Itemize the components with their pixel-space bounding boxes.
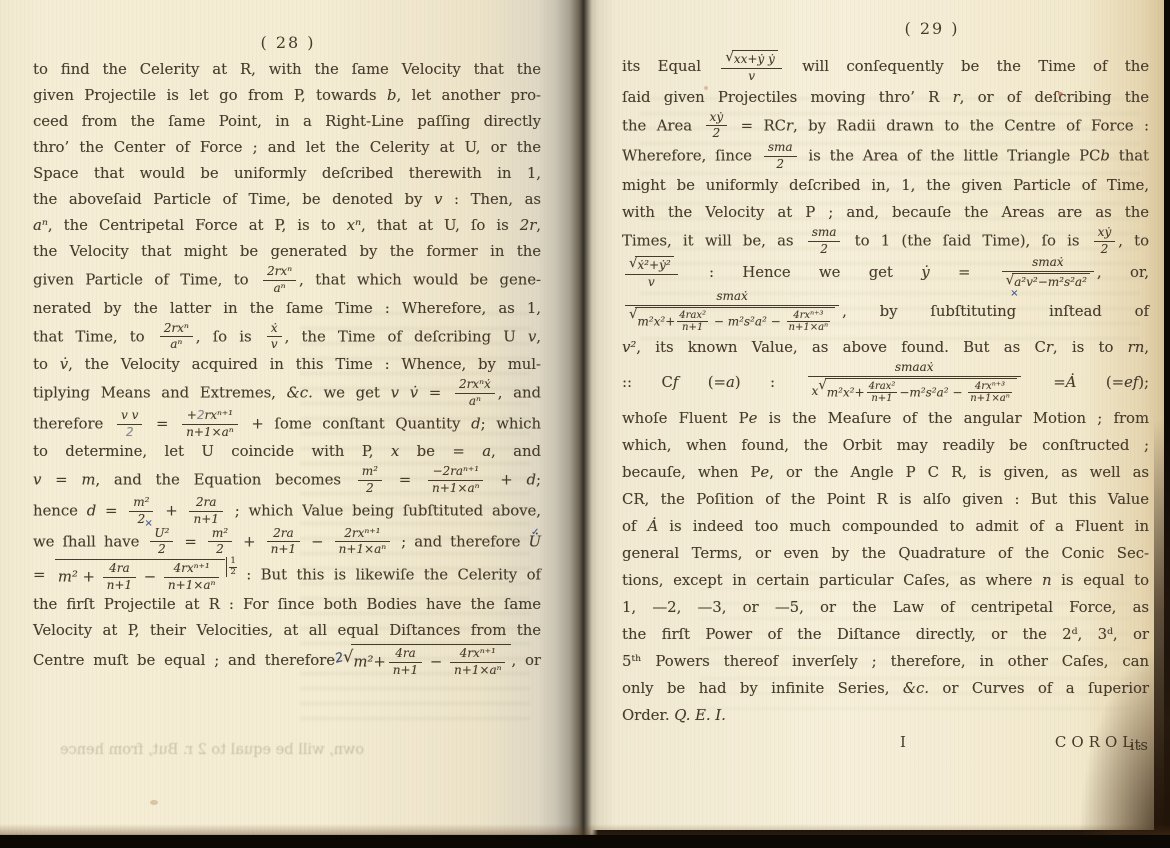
text-line: the Velocity that might be generated by …: [33, 239, 541, 265]
fraction-denominator: n+1×aⁿ: [450, 662, 506, 678]
math-run: d: [527, 472, 536, 489]
text-run: , and: [498, 384, 541, 401]
text-run: will conſequently be the Time of the: [785, 58, 1149, 75]
math-run: Ȧ: [648, 518, 659, 535]
text-run: , that at U, ſo is: [361, 217, 520, 234]
math-run: n+1×aⁿ: [339, 542, 387, 556]
fraction-denominator: 2: [1094, 241, 1116, 257]
text-run: −: [767, 314, 785, 328]
text-run: , and the Equation becomes: [95, 472, 354, 489]
text-line: CR, the Poſition of the Point R is alſo …: [622, 486, 1149, 513]
text-line: ceed from the ſame Point, in a Right-Lin…: [33, 109, 541, 135]
fraction-numerator: 2rxⁿ⁺¹: [335, 527, 391, 542]
math-run: n+1: [193, 512, 218, 526]
math-run: a: [482, 443, 491, 460]
radical: √m²+4ran+1 − 4rxⁿ⁺¹n+1×aⁿ: [343, 644, 511, 678]
math-run: 4ra: [109, 561, 130, 575]
text-line: = m² + 4ran+1 − 4rxⁿ⁺¹n+1×aⁿ12 : But thi…: [33, 557, 541, 592]
fraction: +2rxⁿ⁺¹n+1×aⁿ: [182, 409, 238, 440]
text-run: , by ſubſtituting inſtead of: [842, 303, 1149, 320]
text-run: be =: [399, 443, 482, 460]
right-text-block: its Equal √xx+ẏ ẏv will conſequently be …: [622, 50, 1149, 729]
fraction: 2ran+1: [267, 527, 300, 558]
fraction: sma2: [808, 226, 841, 257]
math-run: m²x²: [827, 385, 855, 399]
radical-body: ẋ²+ẏ²: [635, 256, 673, 273]
math-run: m²: [212, 526, 228, 540]
fraction: 4rxⁿ⁺¹n+1×aⁿ: [450, 647, 506, 678]
math-run: n: [1042, 572, 1052, 589]
text-run: Space that would be uniformly deſcribed …: [33, 165, 541, 182]
text-run: might be uniformly deſcribed in, 1, the …: [622, 177, 1149, 194]
text-line: therefore v v2 = +2rxⁿ⁺¹n+1×aⁿ + ſome co…: [33, 409, 541, 440]
math-run: m: [81, 472, 95, 489]
fraction: 4ran+1: [389, 647, 422, 678]
text-run: , let another pro-: [396, 87, 541, 104]
fraction-denominator: 2: [706, 125, 728, 141]
math-run: U²: [154, 526, 169, 540]
math-run: b: [1100, 147, 1109, 164]
text-run: to find the Celerity at R, with the ſame…: [33, 61, 541, 78]
text-line: nerated by the latter in the ſame Time :…: [33, 296, 541, 322]
text-run: +: [855, 385, 865, 399]
text-run: −: [949, 385, 967, 399]
text-run: tions, except in certain particular Caſe…: [622, 572, 1042, 589]
text-run: tiplying Means and Extremes,: [33, 384, 287, 401]
math-run: 4rxⁿ⁺³: [793, 310, 823, 321]
text-run: Times, it will be, as: [622, 232, 805, 249]
math-run: n+1: [682, 322, 703, 333]
text-run: , the Time of deſcribing U: [285, 328, 528, 345]
math-run: 4rxⁿ⁺³: [975, 381, 1005, 392]
text-line: thro’ the Center of Force ; and let the …: [33, 135, 541, 161]
text-run: ceed from the ſame Point, in a Right-Lin…: [33, 113, 541, 130]
text-run: =: [1024, 374, 1066, 391]
text-run: the Area: [622, 117, 703, 134]
fraction: smaaẋx√m²x²+4rax²n+1−m²s²a² − 4rxⁿ⁺³n+1×…: [808, 361, 1021, 405]
text-run: +: [78, 568, 100, 585]
text-run: ,: [1144, 339, 1149, 356]
math-run: n+1×aⁿ: [970, 393, 1010, 404]
text-line: Centre muſt be equal ; and therefore2√m²…: [33, 644, 541, 678]
fraction-numerator: √xx+ẏ ẏ: [721, 50, 781, 68]
fraction: 2rxⁿẋaⁿ: [455, 378, 495, 409]
math-run: e: [749, 410, 758, 427]
radical-body: xx+ẏ ẏ: [732, 50, 778, 67]
math-run: ẋ²+ẏ²: [637, 258, 670, 272]
text-run: only be had by infinite Series,: [622, 680, 903, 697]
math-run: 4rxⁿ⁺¹: [460, 646, 496, 660]
math-run: 4rax²: [679, 310, 706, 321]
text-run: , and: [491, 443, 541, 460]
math-run: 2: [366, 481, 374, 495]
text-run: +: [156, 502, 186, 519]
radical: √a²×v²−m²s²a²: [1006, 273, 1090, 290]
text-line: smaẋ√m²x²+4rax²n+1 − m²s²a² − 4rxⁿ⁺³n+1×…: [622, 290, 1149, 334]
text-run: , or,: [1097, 264, 1149, 281]
text-line: 1, —2, —3, or —5, or the Law of centripe…: [622, 594, 1149, 621]
fraction-numerator: sma: [808, 226, 841, 241]
text-run: ) :: [735, 374, 805, 391]
fraction: 4rxⁿ⁺³n+1×aⁿ: [968, 381, 1012, 405]
text-line: given Particle of Time, to 2rxⁿaⁿ, that …: [33, 265, 541, 296]
math-run: a: [726, 374, 735, 391]
text-line: of Ȧ is indeed too much compounded to ad…: [622, 513, 1149, 540]
math-run: v v: [121, 408, 138, 422]
math-run: d: [471, 415, 480, 432]
math-run: v: [648, 275, 655, 289]
text-run: the firſt Power of the Diſtance directly…: [622, 626, 1149, 643]
text-run: =: [418, 384, 452, 401]
text-line: tiplying Means and Extremes, &c. we get …: [33, 378, 541, 409]
text-line: v = m, and the Equation becomes m²2 = −2…: [33, 465, 541, 496]
fraction-numerator: +2rxⁿ⁺¹: [182, 409, 238, 424]
math-run: n+1×aⁿ: [432, 481, 480, 495]
math-run: n+1×aⁿ: [789, 322, 829, 333]
fraction-numerator: m²: [358, 465, 382, 480]
fraction: 2rxⁿ⁺¹n+1×aⁿ: [335, 527, 391, 558]
text-run: : But this is likewiſe the Celerity of: [237, 567, 541, 584]
text-run: =: [930, 264, 999, 281]
math-run: ef: [1124, 374, 1138, 391]
math-run: x: [391, 443, 399, 460]
fraction: 4rax²n+1: [867, 381, 898, 405]
fraction-denominator: n+1: [867, 392, 898, 405]
math-run: sma: [812, 225, 837, 239]
text-run: −: [425, 654, 447, 671]
left-text-block: to find the Celerity at R, with the ſame…: [33, 57, 541, 678]
text-run: , the Centripetal Force at P, is to: [48, 217, 347, 234]
text-run: Wherefore, ſince: [622, 147, 761, 164]
math-run: ẋ: [271, 321, 278, 335]
fraction-denominator: n+1×aⁿ: [787, 321, 831, 334]
text-run: , that which would be gene-: [299, 271, 541, 288]
text-run: , the Velocity acquired in this Time : W…: [68, 356, 541, 373]
text-run: whoſe Fluent P: [622, 410, 749, 427]
fraction: smaẋ√a²×v²−m²s²a²: [1002, 256, 1094, 290]
fraction-numerator: 2rxⁿ: [263, 265, 296, 280]
text-run: =: [33, 567, 55, 584]
exponent-numerator: 1: [229, 557, 236, 567]
text-run: ;: [536, 472, 541, 489]
text-run: thro’ the Center of Force ; and let the …: [33, 139, 541, 156]
math-run: 2rxⁿ⁺¹: [344, 526, 380, 540]
text-line: √ẋ²+ẏ²v : Hence we get ẏ = smaẋ√a²×v²−m²…: [622, 256, 1149, 290]
text-run: ; and therefore: [393, 533, 528, 550]
math-run: sma: [768, 140, 793, 154]
exponent-one-half: 12: [226, 557, 236, 577]
text-run: =: [176, 533, 205, 550]
text-line: only be had by infinite Series, &c. or C…: [622, 675, 1149, 702]
fraction: sma2: [764, 141, 797, 172]
fraction-numerator: √ẋ²+ẏ²: [625, 256, 678, 274]
text-run: −: [139, 568, 161, 585]
fraction-numerator: 4rxⁿ⁺³: [968, 381, 1012, 393]
math-run: m²: [133, 495, 149, 509]
fraction-numerator: −2raⁿ⁺¹: [428, 465, 484, 480]
text-run: 1, —2, —3, or —5, or the Law of centripe…: [622, 599, 1149, 616]
math-run: xⁿ: [347, 217, 361, 234]
radical: √ẋ²+ẏ²: [629, 256, 674, 273]
fraction-numerator: xẏ: [1094, 226, 1116, 241]
math-run: n+1: [871, 393, 892, 404]
fraction: 2rxⁿaⁿ: [263, 265, 296, 296]
math-run: smaẋ: [1032, 255, 1063, 269]
text-run: , its known Value, as above found. But a…: [636, 339, 1046, 356]
text-run: =: [385, 472, 425, 489]
math-run: v̇: [60, 356, 68, 373]
fraction-numerator: smaẋ: [1002, 256, 1094, 271]
text-run: becauſe, when P: [622, 464, 760, 481]
text-run: );: [1138, 374, 1149, 391]
text-run: (=: [1076, 374, 1124, 391]
text-run: to determine, let U coincide with P,: [33, 443, 391, 460]
text-run: is equal to: [1052, 572, 1149, 589]
text-run: =: [145, 415, 179, 432]
math-run: r: [1046, 339, 1053, 356]
math-run: 2: [713, 126, 721, 140]
fraction-numerator: 4rxⁿ⁺¹: [450, 647, 506, 662]
fraction-denominator: n+1: [267, 541, 300, 557]
math-run: 4rax²: [869, 381, 896, 392]
fraction-numerator: 2ra: [189, 496, 222, 511]
text-run: +: [486, 472, 526, 489]
radical-body: m²x²+4rax²n+1−m²s²a² − 4rxⁿ⁺³n+1×aⁿ: [825, 378, 1017, 405]
text-run: +: [373, 654, 385, 671]
text-line: Velocity at P, their Velocities, at all …: [33, 618, 541, 644]
text-line: becauſe, when Pe, or the Angle P C R, is…: [622, 459, 1149, 486]
fraction-numerator: 4rax²: [677, 310, 708, 322]
bleedthrough-text: own, will be equal to 2 r. But, from hen…: [60, 742, 364, 758]
fraction-denominator: aⁿ: [263, 280, 296, 296]
fraction-denominator: 2: [117, 424, 142, 440]
text-run: :: C: [622, 374, 673, 391]
text-run: , by Radii drawn to the Centre of Force …: [793, 117, 1149, 134]
fraction: m²2: [208, 527, 232, 558]
fraction-numerator: ×U²: [150, 527, 173, 542]
fraction-denominator: 2: [150, 541, 173, 557]
fraction: √ẋ²+ẏ²v: [625, 256, 678, 290]
text-run: =: [41, 472, 81, 489]
text-line: given Projectile is let go from P, towar…: [33, 83, 541, 109]
text-run: to: [33, 356, 60, 373]
fraction-numerator: 2rxⁿ: [160, 322, 193, 337]
math-run: xẏ: [1098, 225, 1112, 239]
math-run: d: [87, 502, 96, 519]
text-run: to 1 (the ſaid Time), ſo is: [843, 232, 1090, 249]
math-run: e: [760, 464, 769, 481]
fraction: m²2: [358, 465, 382, 496]
text-line: which, when found, the Orbit may readily…: [622, 432, 1149, 459]
fraction-denominator: √a²×v²−m²s²a²: [1002, 271, 1094, 290]
math-run: xẏ: [710, 110, 724, 124]
math-run: aⁿ: [33, 217, 48, 234]
fraction-denominator: v: [721, 68, 781, 84]
text-run: +: [665, 314, 675, 328]
fraction-denominator: 2: [808, 241, 841, 257]
text-line: might be uniformly deſcribed in, 1, the …: [622, 172, 1149, 199]
math-run: v²−m²s²a²: [1026, 275, 1087, 289]
math-run: 2: [776, 157, 784, 171]
math-run: n+1: [271, 542, 296, 556]
text-run: , to: [1118, 232, 1149, 249]
text-run: nerated by the latter in the ſame Time :…: [33, 300, 541, 317]
math-run: rn: [1128, 339, 1145, 356]
math-run: m²: [353, 654, 373, 671]
page-number-right: ( 29 ): [872, 19, 992, 38]
fraction-numerator: ẋ: [267, 322, 282, 337]
signature-mark: I: [900, 733, 906, 751]
text-run: ,: [536, 217, 541, 234]
math-run: v v̇: [391, 384, 418, 401]
math-run: 2rxⁿẋ: [459, 377, 491, 391]
text-run: we ſhall have: [33, 533, 147, 550]
text-line: Wherefore, ſince sma2 is the Area of the…: [622, 141, 1149, 172]
math-run: 4ra: [395, 646, 416, 660]
math-run: 2: [1101, 242, 1109, 256]
text-run: , is to: [1053, 339, 1128, 356]
text-run: its Equal: [622, 58, 718, 75]
text-run: general Terms, or even by the Quadrature…: [622, 545, 1149, 562]
fraction-numerator: 4rax²: [867, 381, 898, 393]
fraction-denominator: n+1×aⁿ: [428, 480, 484, 496]
fraction: 2rxⁿaⁿ: [160, 322, 193, 353]
text-line: :: Cf (=a) : smaaẋx√m²x²+4rax²n+1−m²s²a²…: [622, 361, 1149, 405]
text-run: (=: [678, 374, 726, 391]
fraction-numerator: m²: [208, 527, 232, 542]
math-run: Ȧ: [1066, 374, 1077, 391]
text-run: CR, the Poſition of the Point R is alſo …: [622, 491, 1149, 508]
overline-group: m² + 4ran+1 − 4rxⁿ⁺¹n+1×aⁿ: [55, 559, 226, 593]
page-number-left: ( 28 ): [228, 33, 348, 52]
text-line: the Area xẏ2 = RCr, by Radii drawn to th…: [622, 111, 1149, 142]
fraction-numerator: 4ra: [103, 562, 136, 577]
fraction-denominator: √m²x²+4rax²n+1 − m²s²a² − 4rxⁿ⁺³n+1×aⁿ: [625, 305, 839, 334]
text-run: of: [622, 518, 648, 535]
text-run: , or of deſcribing the: [960, 89, 1149, 106]
fraction: 4rax²n+1: [677, 310, 708, 334]
fraction-numerator: smaaẋ: [808, 361, 1021, 376]
text-line: hence d = m²2 + 2ran+1 ; which Value bei…: [33, 496, 541, 527]
text-run: the firſt Projectile at R : For ſince bo…: [33, 596, 541, 613]
fraction-denominator: 2: [208, 541, 232, 557]
math-run: n+1×aⁿ: [454, 663, 502, 677]
fraction-numerator: 4rxⁿ⁺¹: [164, 562, 220, 577]
fraction-denominator: n+1: [677, 321, 708, 334]
fraction-numerator: 4ra: [389, 647, 422, 662]
math-run: smaẋ: [716, 289, 747, 303]
fraction-denominator: n+1: [389, 662, 422, 678]
fraction: ×U²2: [150, 527, 173, 558]
math-run: r: [953, 89, 960, 106]
fraction-denominator: n+1×aⁿ: [182, 424, 238, 440]
math-run: 2ra: [273, 526, 294, 540]
fraction-denominator: 2: [764, 156, 797, 172]
text-line: tions, except in certain particular Caſe…: [622, 567, 1149, 594]
fraction: 2ran+1: [189, 496, 222, 527]
text-run: , or the Angle P C R, is given, as well …: [769, 464, 1149, 481]
bottom-black-edge: [0, 835, 1170, 848]
math-run: n+1×aⁿ: [186, 425, 234, 439]
text-run: −: [303, 533, 332, 550]
text-line: 5ᵗʰ Powers thereof inverſely ; therefore…: [622, 648, 1149, 675]
math-run: v: [271, 337, 278, 351]
fraction-numerator: 2rxⁿẋ: [455, 378, 495, 393]
text-run: therefore: [33, 415, 114, 432]
text-run: given Particle of Time, to: [33, 271, 260, 288]
math-run: 2: [216, 542, 224, 556]
fraction: 4ran+1: [103, 562, 136, 593]
math-run: n+1: [393, 663, 418, 677]
math-run: 2r: [520, 217, 537, 234]
math-run: 2rxⁿ: [267, 264, 292, 278]
fraction: 4rxⁿ⁺¹n+1×aⁿ: [164, 562, 220, 593]
math-run: m²: [362, 464, 378, 478]
math-run: m²x²: [637, 314, 665, 328]
text-line: we ſhall have ×U²2 = m²2 + 2ran+1 − 2rxⁿ…: [33, 527, 541, 558]
text-line: Space that would be uniformly deſcribed …: [33, 161, 541, 187]
text-run: 5ᵗʰ Powers thereof inverſely ; therefore…: [622, 653, 1149, 670]
math-run: 2: [158, 542, 166, 556]
math-run: v: [748, 69, 755, 83]
text-run: , ſo is: [196, 328, 264, 345]
text-run: that Time, to: [33, 328, 157, 345]
math-run: smaaẋ: [895, 360, 934, 374]
text-run: with the Velocity at P ; and, becauſe th…: [622, 204, 1149, 221]
fraction: ẋv: [267, 322, 282, 353]
fraction-denominator: n+1: [103, 577, 136, 593]
text-run: +: [235, 533, 264, 550]
text-run: ; which Value being ſubſtituted above,: [226, 502, 541, 519]
text-run: ; which: [481, 415, 541, 432]
math-run: 2rxⁿ: [164, 321, 189, 335]
text-line: the aboveſaid Particle of Time, be denot…: [33, 187, 541, 213]
math-run: +: [187, 408, 197, 422]
text-run: , or: [511, 652, 541, 669]
math-run: aⁿ: [469, 394, 481, 408]
math-run: Q. E. I.: [674, 707, 726, 724]
math-run: −2raⁿ⁺¹: [432, 464, 479, 478]
math-run: aⁿ: [170, 337, 182, 351]
math-run: &c.: [287, 384, 313, 401]
fraction-denominator: 2: [358, 480, 382, 496]
text-line: its Equal √xx+ẏ ẏv will conſequently be …: [622, 50, 1149, 84]
text-run: = RC: [730, 117, 786, 134]
text-line: v², its known Value, as above found. But…: [622, 334, 1149, 361]
text-line: to find the Celerity at R, with the ſame…: [33, 57, 541, 83]
text-run: : Hence we get: [681, 264, 922, 281]
math-run: m²s²a²: [909, 385, 948, 399]
text-line: whoſe Fluent Pe is the Meaſure of the an…: [622, 405, 1149, 432]
text-run: we get: [313, 384, 391, 401]
text-run: is the Meaſure of the angular Motion ; f…: [757, 410, 1149, 427]
fraction: xẏ2: [1094, 226, 1116, 257]
text-run: + ſome conſtant Quantity: [241, 415, 471, 432]
radical-body: m²x²+4rax²n+1 − m²s²a² − 4rxⁿ⁺³n+1×aⁿ: [635, 307, 835, 334]
fraction: √xx+ẏ ẏv: [721, 50, 781, 84]
text-line: the firſt Projectile at R : For ſince bo…: [33, 592, 541, 618]
text-line: Order. Q. E. I.: [622, 702, 1149, 729]
fraction-numerator: m²: [129, 496, 153, 511]
text-line: ſaid given Projectiles moving thro’ R r,…: [622, 84, 1149, 111]
math-run: &c.: [903, 680, 929, 697]
fraction: xẏ2: [706, 111, 728, 142]
text-run: ſaid given Projectiles moving thro’ R: [622, 89, 953, 106]
text-run: ,: [536, 328, 541, 345]
fraction-denominator: v: [625, 274, 678, 290]
text-run: : Then, as: [442, 191, 541, 208]
fraction-denominator: n+1: [189, 511, 222, 527]
